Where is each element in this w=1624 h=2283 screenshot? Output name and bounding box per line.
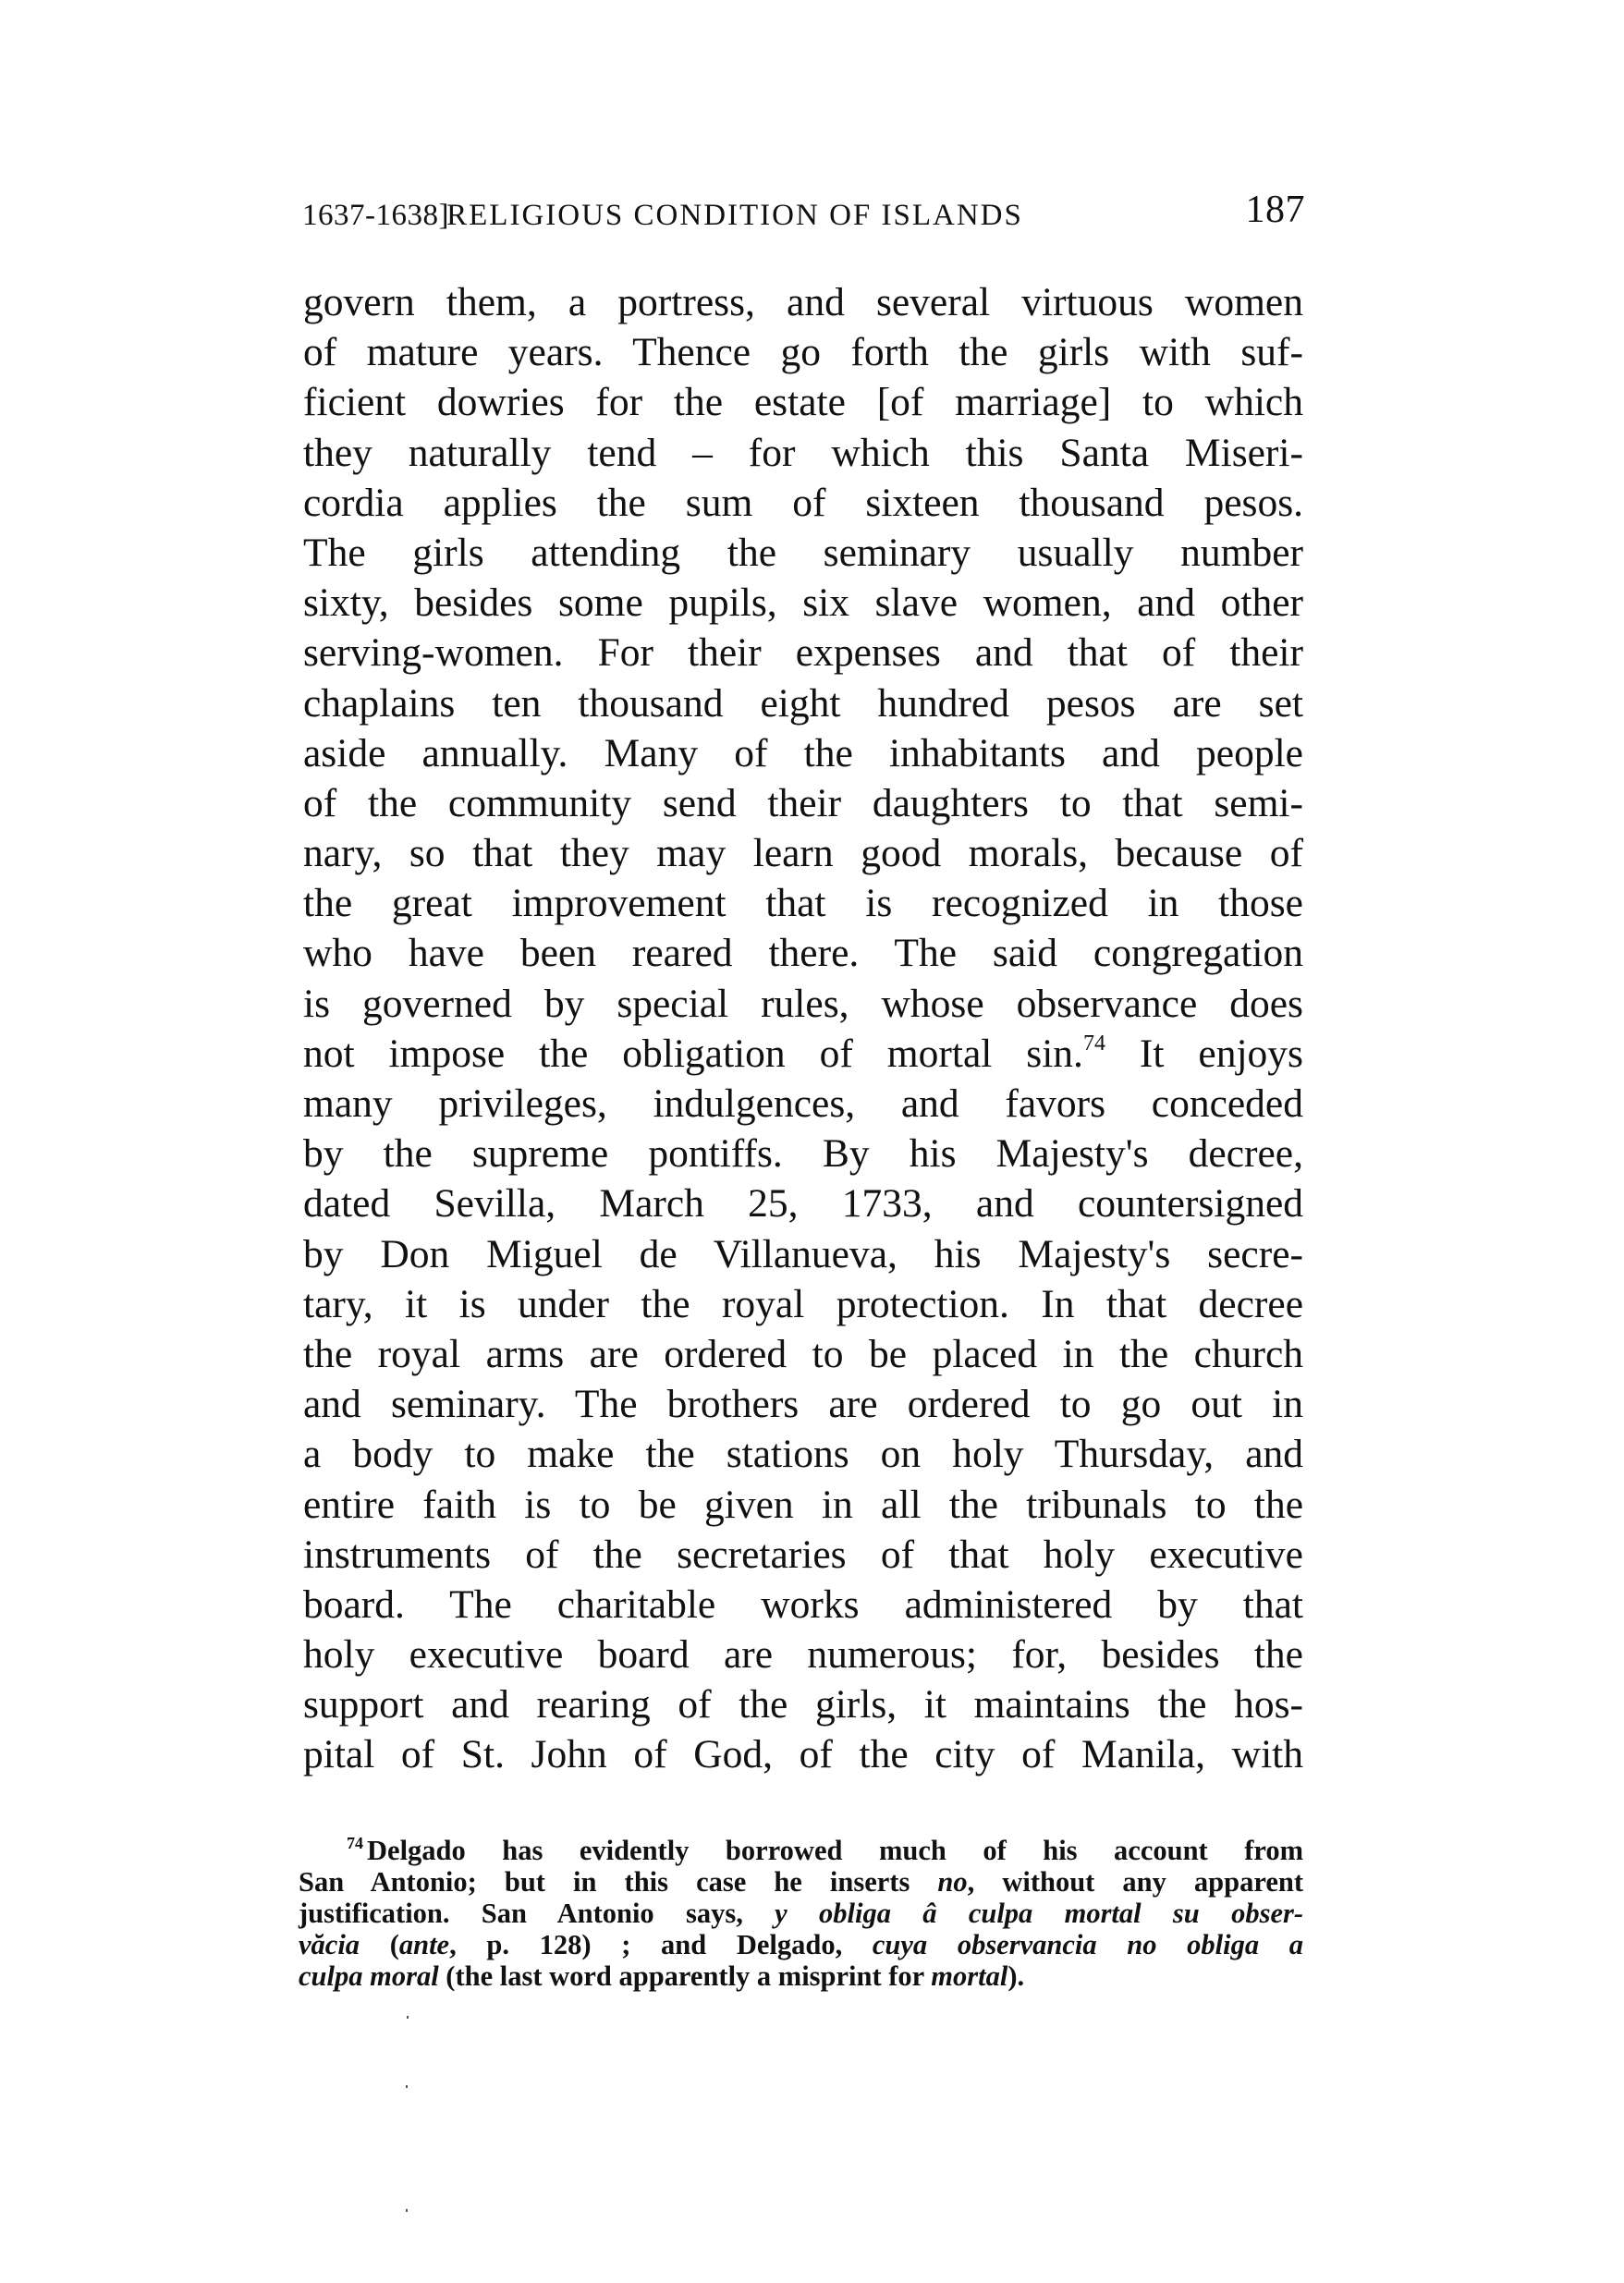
body-line: cordia applies the sum of sixteen thousa… <box>303 478 1303 528</box>
body-line: tary, it is under the royal protection. … <box>303 1279 1303 1329</box>
footnote-text: , p. 128) ; and Delgado, <box>449 1929 873 1960</box>
page-number: 187 <box>1246 187 1306 233</box>
body-line: aside annually. Many of the inhabitants … <box>303 728 1303 778</box>
body-line: nary, so that they may learn good morals… <box>303 828 1303 878</box>
footnote-line: justification. San Antonio says, y oblig… <box>299 1898 1303 1929</box>
footnote-number: 74 <box>347 1834 363 1852</box>
footnote-text: (the last word apparently a misprint for <box>439 1960 932 1992</box>
body-line: dated Sevilla, March 25, 1733, and count… <box>303 1178 1303 1228</box>
footnote-italic-text: y obliga â culpa mortal su obser- <box>775 1898 1303 1929</box>
body-line: the great improvement that is recognized… <box>303 878 1303 928</box>
scan-speck <box>406 2209 408 2212</box>
body-text: govern them, a portress, and several vir… <box>303 277 1303 1780</box>
footnote-italic-text: culpa moral <box>299 1960 439 1992</box>
body-line: instruments of the secretaries of that h… <box>303 1530 1303 1580</box>
body-line-with-footnote-ref: not impose the obligation of mortal sin.… <box>303 1029 1303 1079</box>
footnote-text: ). <box>1007 1960 1024 1992</box>
body-line: govern them, a portress, and several vir… <box>303 277 1303 327</box>
body-line-text: It enjoys <box>1105 1032 1303 1076</box>
body-line: The girls attending the seminary usually… <box>303 528 1303 578</box>
body-line: a body to make the stations on holy Thur… <box>303 1429 1303 1479</box>
scan-speck <box>406 2085 408 2088</box>
body-line: sixty, besides some pupils, six slave wo… <box>303 578 1303 628</box>
body-line: the royal arms are ordered to be placed … <box>303 1329 1303 1379</box>
footnote-italic-text: mortal <box>931 1960 1007 1992</box>
footnote-line: San Antonio; but in this case he inserts… <box>299 1866 1303 1898</box>
scan-speck <box>407 2016 409 2019</box>
footnote-text: justification. San Antonio says, <box>299 1898 775 1929</box>
body-line: serving-women. For their expenses and th… <box>303 628 1303 678</box>
body-line: who have been reared there. The said con… <box>303 928 1303 978</box>
body-line: is governed by special rules, whose obse… <box>303 979 1303 1029</box>
footnote-line: 74Delgado has evidently borrowed much of… <box>299 1835 1303 1866</box>
footnote-text: San Antonio; but in this case he inserts <box>299 1866 937 1898</box>
footnote-text: ( <box>360 1929 399 1960</box>
running-head: 1637-1638] RELIGIOUS CONDITION OF ISLAND… <box>302 192 1305 238</box>
body-line: chaplains ten thousand eight hundred pes… <box>303 678 1303 728</box>
footnote-italic-text: ante <box>399 1929 449 1960</box>
body-line: board. The charitable works administered… <box>303 1580 1303 1630</box>
footnote-italic-text: văcia <box>299 1929 360 1960</box>
footnote-italic-text: no <box>937 1866 967 1898</box>
body-line: holy executive board are numerous; for, … <box>303 1630 1303 1679</box>
footnote-italic-text: cuya observancia no obliga a <box>873 1929 1303 1960</box>
body-line: of the community send their daughters to… <box>303 778 1303 828</box>
body-line: support and rearing of the girls, it mai… <box>303 1679 1303 1729</box>
body-line: of mature years. Thence go forth the gir… <box>303 327 1303 377</box>
body-line: by Don Miguel de Villanueva, his Majesty… <box>303 1229 1303 1279</box>
body-line-text: not impose the obligation of mortal sin. <box>303 1032 1083 1076</box>
body-line: many privileges, indulgences, and favors… <box>303 1079 1303 1129</box>
book-page: 1637-1638] RELIGIOUS CONDITION OF ISLAND… <box>0 0 1624 2283</box>
running-head-title: RELIGIOUS CONDITION OF ISLANDS <box>384 192 1086 238</box>
footnote-text: Delgado has evidently borrowed much of h… <box>367 1835 1303 1866</box>
body-line: entire faith is to be given in all the t… <box>303 1480 1303 1530</box>
footnote-line: culpa moral (the last word apparently a … <box>299 1960 1303 1992</box>
footnote-line: văcia (ante, p. 128) ; and Delgado, cuya… <box>299 1929 1303 1960</box>
footnote-74: 74Delgado has evidently borrowed much of… <box>299 1835 1303 1992</box>
body-line: pital of St. John of God, of the city of… <box>303 1729 1303 1779</box>
footnote-text: , without any apparent <box>968 1866 1303 1898</box>
body-line: they naturally tend – for which this San… <box>303 428 1303 478</box>
footnote-reference[interactable]: 74 <box>1083 1032 1105 1056</box>
body-line: ficient dowries for the estate [of marri… <box>303 377 1303 427</box>
body-line: and seminary. The brothers are ordered t… <box>303 1379 1303 1429</box>
body-line: by the supreme pontiffs. By his Majesty'… <box>303 1129 1303 1178</box>
